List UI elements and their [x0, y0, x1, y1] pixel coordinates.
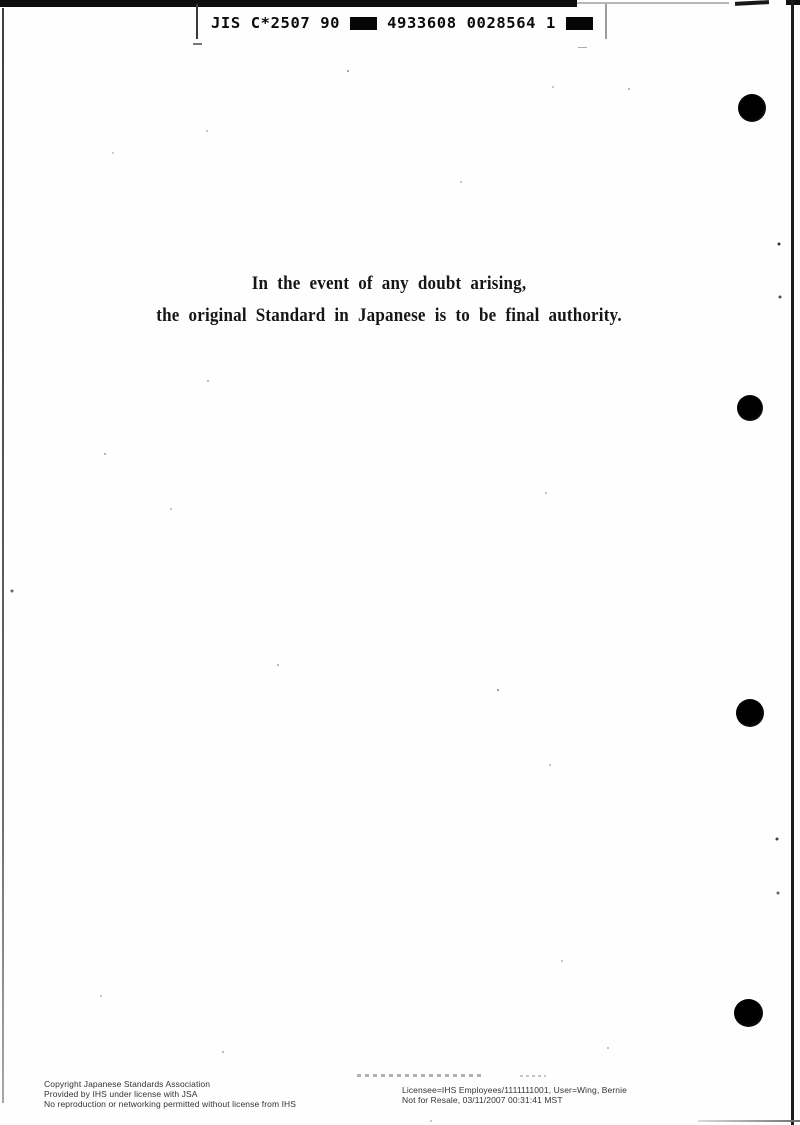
faded-dashed-line-short — [520, 1075, 546, 1077]
scan-noise-specks — [0, 0, 2, 2]
header-left-rule — [196, 4, 198, 39]
header-right-rule — [605, 4, 607, 39]
binding-hole-mark — [738, 94, 766, 122]
notice-line-2: the original Standard in Japanese is to … — [31, 300, 747, 332]
binding-hole-mark — [734, 999, 763, 1027]
scan-right-edge-line — [791, 0, 794, 1125]
copyright-line: No reproduction or networking permitted … — [44, 1099, 296, 1109]
scan-bottom-edge-mark — [698, 1120, 800, 1122]
barcode-number: 4933608 0028564 1 — [387, 11, 556, 32]
copyright-line: Copyright Japanese Standards Association — [44, 1079, 296, 1089]
license-line: Not for Resale, 03/11/2007 00:31:41 MST — [402, 1096, 627, 1106]
header-left-rule-dash — [193, 43, 202, 45]
scan-left-edge-line — [2, 8, 4, 1103]
notice-line-1: In the event of any doubt arising, — [31, 268, 747, 300]
copyright-line: Provided by IHS under license with JSA — [44, 1089, 296, 1099]
faded-dashed-line — [357, 1074, 483, 1077]
barcode-block-icon — [566, 17, 593, 30]
standard-code: JIS C*2507 90 — [211, 11, 340, 32]
license-note: Licensee=IHS Employees/1111111001, User=… — [402, 1086, 627, 1105]
header-code-line: JIS C*2507 90 4933608 0028564 1 — [196, 4, 607, 39]
binding-hole-mark — [737, 395, 763, 421]
header-right-rule-dash — [578, 47, 587, 48]
scan-top-edge-mark — [735, 0, 769, 6]
binding-hole-mark — [736, 699, 764, 727]
scanned-standard-page: JIS C*2507 90 4933608 0028564 1 In the e… — [0, 0, 800, 1125]
authority-notice: In the event of any doubt arising, the o… — [31, 268, 747, 332]
copyright-note: Copyright Japanese Standards Association… — [44, 1079, 296, 1109]
barcode-block-icon — [350, 17, 377, 30]
